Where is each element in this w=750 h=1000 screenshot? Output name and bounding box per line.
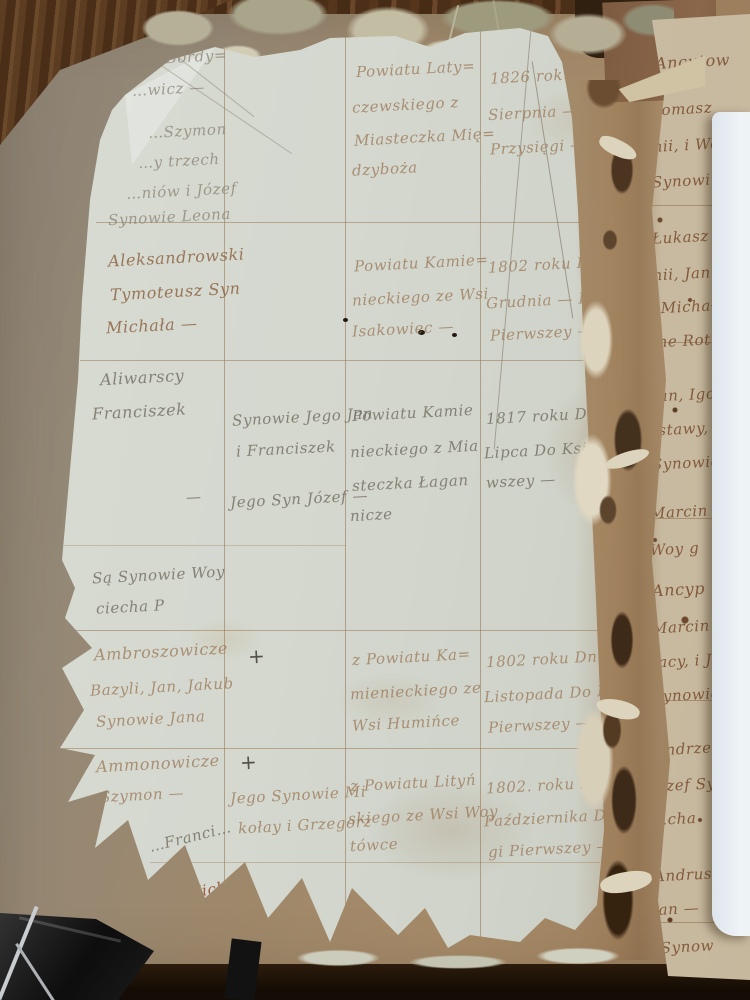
handwriting-line: i Franciszek [236,437,337,460]
handwriting-line: ciecha P [96,596,166,618]
handwriting-line: dzyboża [352,158,419,179]
handwriting-line: tówce [350,835,399,855]
handwriting-line: Ammonowicze [96,751,221,776]
handwriting-line: nicze [350,505,394,525]
cross-mark: + [247,644,266,669]
handwriting-line: …Szymon [148,120,228,142]
handwriting-line: Wsi Humińce [352,711,461,735]
handwriting-line: Isakowiec — [352,317,455,340]
handwriting-line: Są Synowie Woy [92,563,226,588]
handwriting-line: nieckiego z Mia [350,437,479,462]
handwriting-line: Jego Syn Józef — [230,486,369,511]
ink-blot [343,318,348,322]
torn-fragment-text: …Franci… [147,818,233,856]
handwriting-line: Synowie Leona [108,205,232,229]
handwriting-line: Franciszek [92,400,187,424]
white-sheet-overlay [712,112,750,936]
table-row-line [66,630,598,631]
handwriting-line: z Powiatu Lityń [350,771,477,796]
worm-damage-strip [552,80,668,960]
handwriting-line: Synowie Jana [96,707,206,731]
handwriting-line: Jego Synowie Mi [230,782,367,807]
handwriting-line: Ambroszowicze [94,639,229,665]
handwriting-line: czewskiego z [352,93,460,117]
handwriting-line: z Powiatu Ka= [352,645,472,669]
cardboard-fray [278,942,638,974]
cross-mark: + [239,750,258,775]
handwriting-line: Miasteczka Mię= [354,124,496,149]
table-row-line [150,862,600,863]
handwriting-line: Powiatu Laty= [356,57,476,81]
handwriting-line: …niów i Józef [126,179,238,203]
handwriting-line: steczka Łagan [352,471,469,495]
handwriting-line: Tymoteusz Syn [110,279,241,305]
handwriting-line: Szymon — [100,784,185,806]
handwriting-line: Michała — [106,314,198,338]
handwriting-line: mienieckiego ze [350,679,482,704]
photo-of-archival-register: Ancutow Tomasz mii, i Woy Synowi Łukasz … [0,0,750,1000]
handwriting-line: nieckiego ze Wsi [352,284,490,309]
crease-line [494,31,532,449]
handwriting-line: …y trzech [138,150,221,172]
handwriting-line: Powiatu Kamie= [354,250,489,275]
table-column-line [224,42,225,937]
handwriting-line: wszey — [486,470,557,492]
table-row-line [80,360,592,361]
handwriting-line: Aliwarscy [100,366,185,389]
handwriting-line: — [186,488,203,507]
handwriting-line: Bazyli, Jan, Jakub [90,674,234,699]
handwriting-line: …wicz — [132,78,206,100]
handwriting-line: skiego ze Wsi Woy [348,802,499,828]
table-row-line [64,545,346,546]
table-row-line [62,748,600,749]
